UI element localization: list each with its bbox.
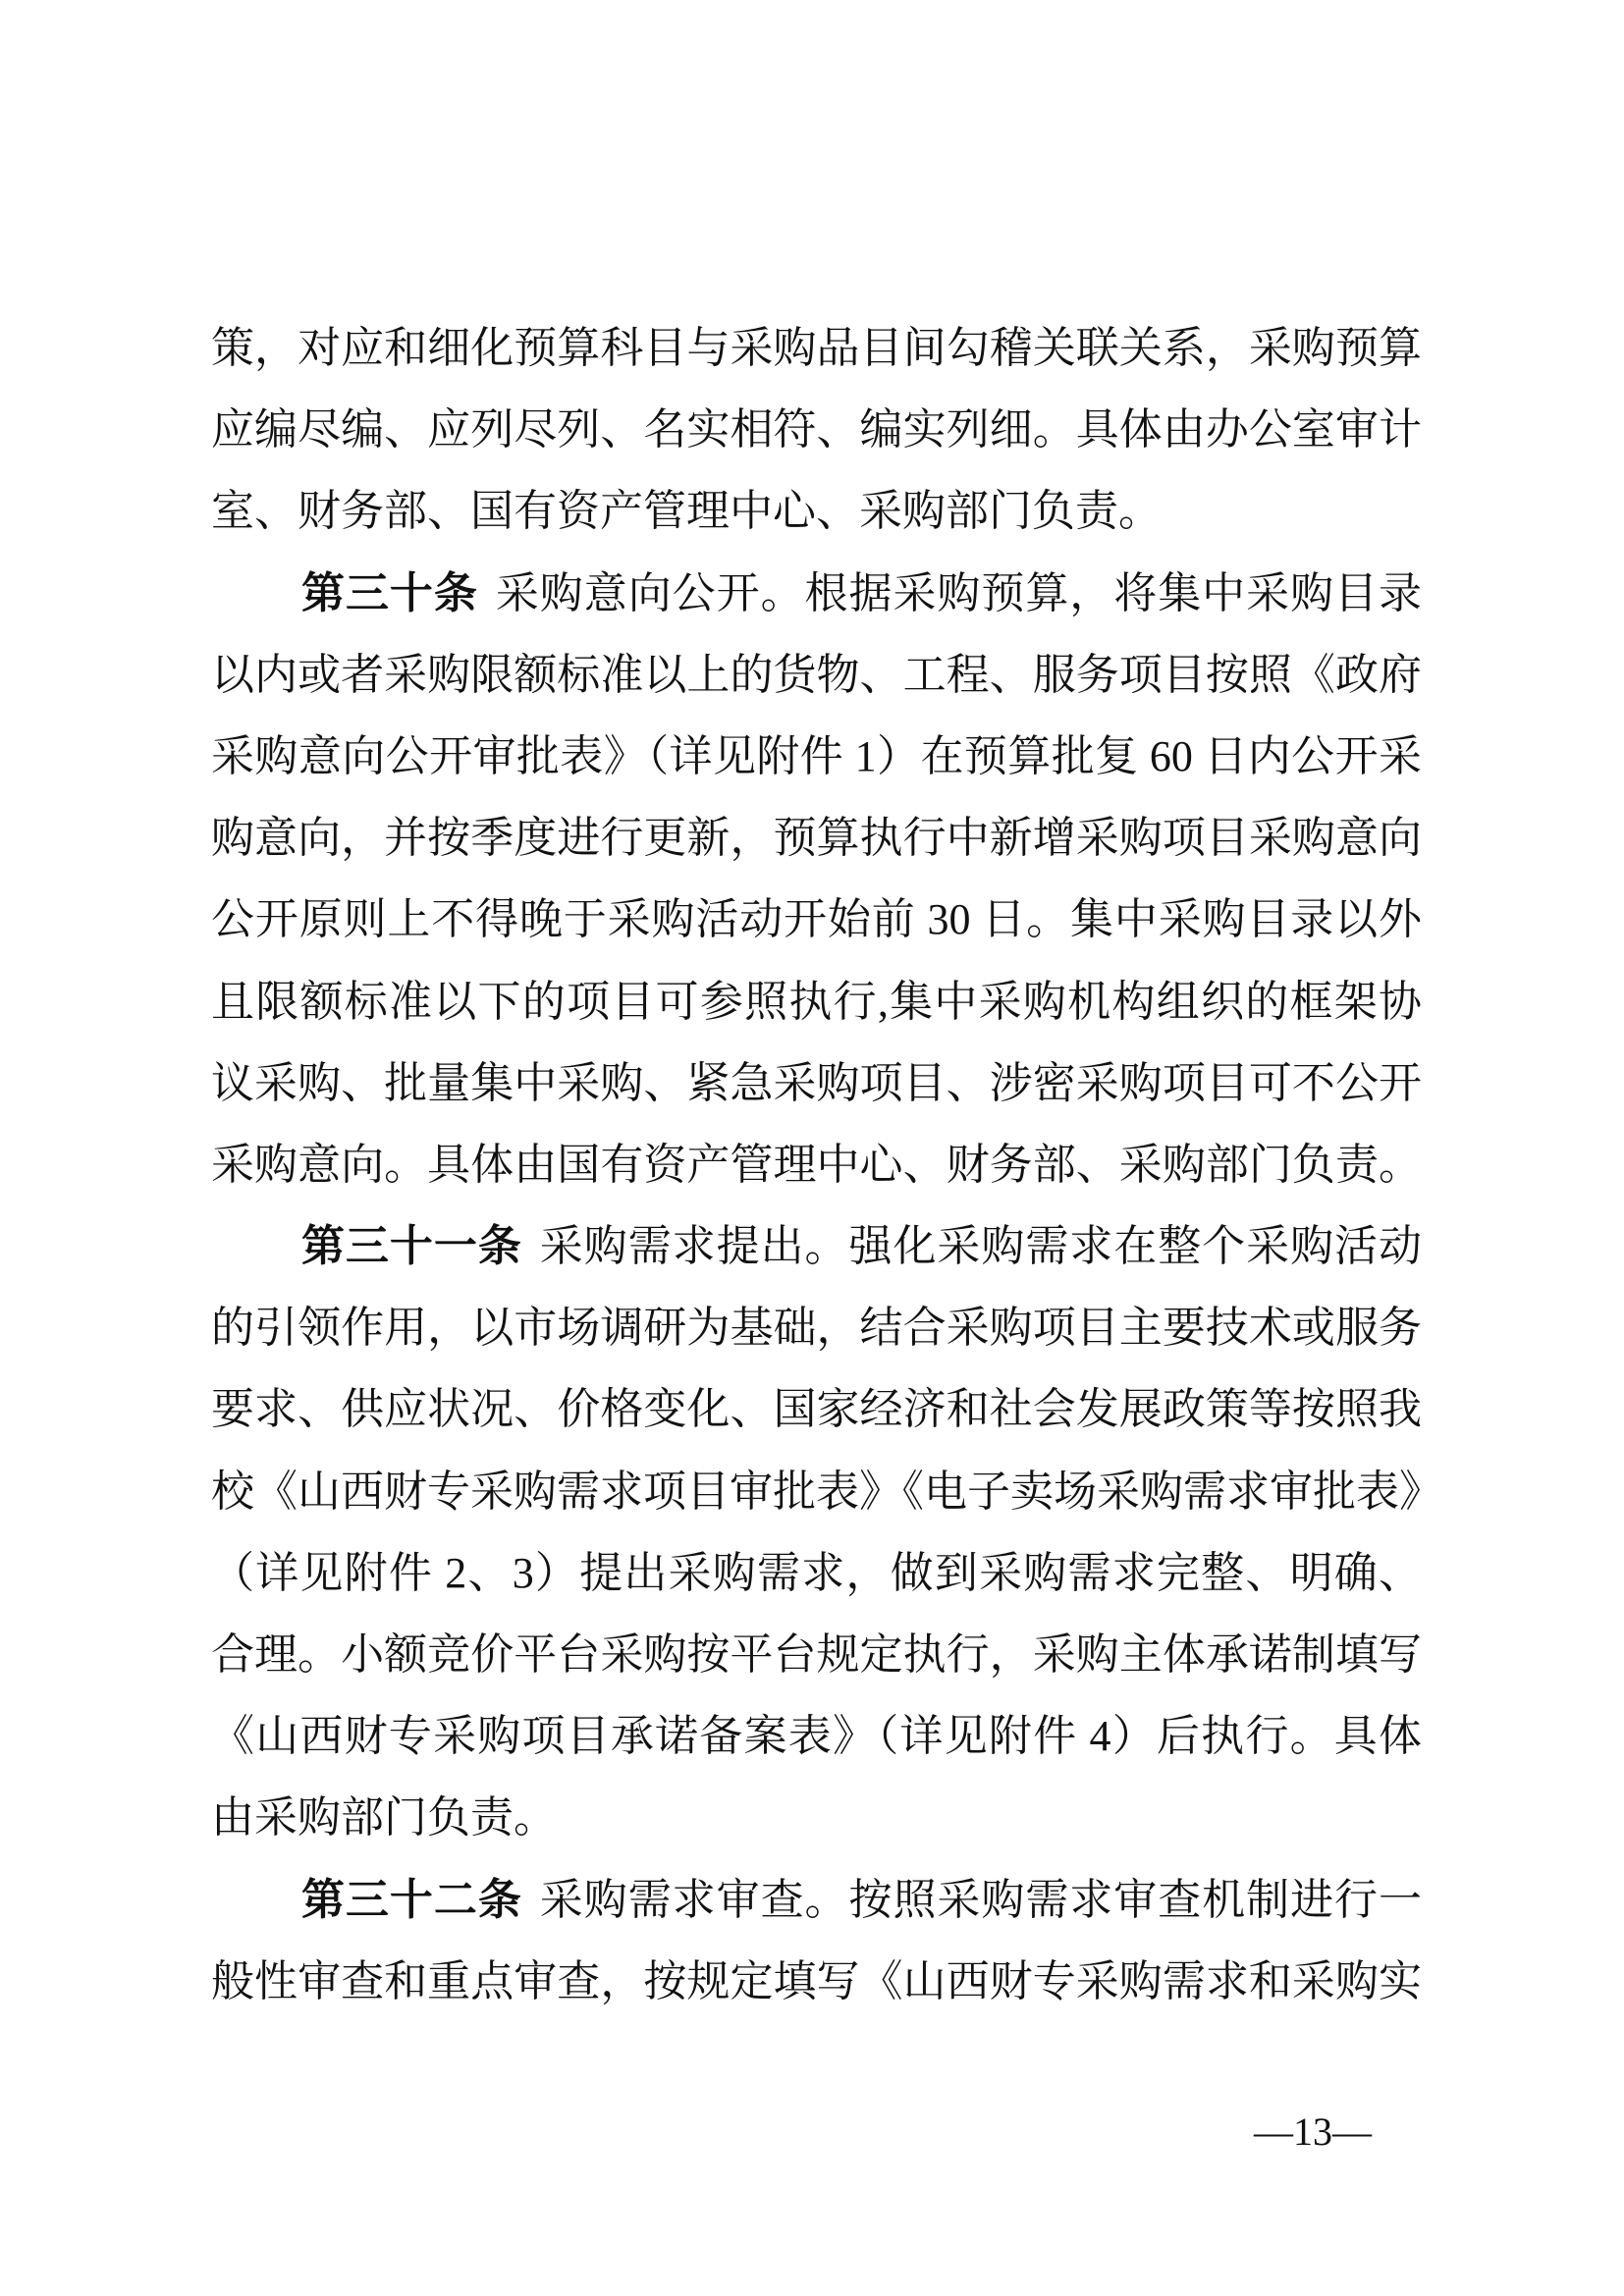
text-line: 的引领作用，以市场调研为基础，结合采购项目主要技术或服务	[211, 1287, 1422, 1368]
line-text: 《山西财专采购项目承诺备案表》（详见附件 4）后执行。具体	[211, 1712, 1422, 1760]
line-text: 策，对应和细化预算科目与采购品目间勾稽关联关系，采购预算	[211, 324, 1422, 372]
line-text: 应编尽编、应列尽列、名实相符、编实列细。具体由办公室审计	[211, 405, 1422, 454]
document-body: 策，对应和细化预算科目与采购品目间勾稽关联关系，采购预算应编尽编、应列尽列、名实…	[211, 307, 1422, 2022]
text-line: 且限额标准以下的项目可参照执行,集中采购机构组织的框架协	[211, 961, 1422, 1042]
page-number: —13—	[1254, 2110, 1372, 2154]
line-text: 且限额标准以下的项目可参照执行,集中采购机构组织的框架协	[211, 978, 1422, 1026]
text-line: 应编尽编、应列尽列、名实相符、编实列细。具体由办公室审计	[211, 389, 1422, 470]
text-line: 以内或者采购限额标准以上的货物、工程、服务项目按照《政府	[211, 634, 1422, 716]
document-page: 策，对应和细化预算科目与采购品目间勾稽关联关系，采购预算应编尽编、应列尽列、名实…	[0, 0, 1624, 2296]
line-text: 采购意向。具体由国有资产管理中心、财务部、采购部门负责。	[211, 1141, 1422, 1189]
text-line: 第三十二条采购需求审查。按照采购需求审查机制进行一	[211, 1859, 1422, 1941]
line-text: 以内或者采购限额标准以上的货物、工程、服务项目按照《政府	[211, 651, 1422, 699]
text-line: 第三十条采购意向公开。根据采购预算，将集中采购目录	[211, 553, 1422, 634]
text-line: 室、财务部、国有资产管理中心、采购部门负责。	[211, 470, 1422, 552]
text-line: 般性审查和重点审查，按规定填写《山西财专采购需求和采购实	[211, 1941, 1422, 2022]
line-text: 由采购部门负责。	[211, 1793, 557, 1842]
line-text: 般性审查和重点审查，按规定填写《山西财专采购需求和采购实	[211, 1957, 1422, 2005]
article-heading: 第三十二条	[301, 1876, 522, 1924]
text-line: 第三十一条采购需求提出。强化采购需求在整个采购活动	[211, 1205, 1422, 1287]
text-line: 策，对应和细化预算科目与采购品目间勾稽关联关系，采购预算	[211, 307, 1422, 389]
line-text: 采购意向公开。根据采购预算，将集中采购目录	[496, 569, 1422, 617]
text-line: 购意向，并按季度进行更新，预算执行中新增采购项目采购意向	[211, 797, 1422, 879]
text-line: 校《山西财专采购需求项目审批表》《电子卖场采购需求审批表》	[211, 1451, 1422, 1532]
line-text: 室、财务部、国有资产管理中心、采购部门负责。	[211, 487, 1162, 535]
text-line: 采购意向公开审批表》（详见附件 1）在预算批复 60 日内公开采	[211, 716, 1422, 797]
line-text: 采购意向公开审批表》（详见附件 1）在预算批复 60 日内公开采	[211, 732, 1422, 780]
line-text: 购意向，并按季度进行更新，预算执行中新增采购项目采购意向	[211, 814, 1422, 862]
text-line: 要求、供应状况、价格变化、国家经济和社会发展政策等按照我	[211, 1368, 1422, 1450]
text-line: 合理。小额竞价平台采购按平台规定执行，采购主体承诺制填写	[211, 1614, 1422, 1695]
text-line: 由采购部门负责。	[211, 1777, 1422, 1858]
line-text: 的引领作用，以市场调研为基础，结合采购项目主要技术或服务	[211, 1304, 1422, 1352]
line-text: 校《山西财专采购需求项目审批表》《电子卖场采购需求审批表》	[211, 1468, 1442, 1516]
article-heading: 第三十条	[301, 569, 478, 617]
line-text: 采购需求提出。强化采购需求在整个采购活动	[540, 1222, 1422, 1270]
text-line: 采购意向。具体由国有资产管理中心、财务部、采购部门负责。	[211, 1124, 1422, 1205]
article-heading: 第三十一条	[301, 1222, 522, 1270]
text-line: 公开原则上不得晚于采购活动开始前 30 日。集中采购目录以外	[211, 879, 1422, 960]
text-line: 《山西财专采购项目承诺备案表》（详见附件 4）后执行。具体	[211, 1695, 1422, 1777]
line-text: 议采购、批量集中采购、紧急采购项目、涉密采购项目可不公开	[211, 1059, 1422, 1107]
line-text: 要求、供应状况、价格变化、国家经济和社会发展政策等按照我	[211, 1385, 1422, 1433]
text-line: 议采购、批量集中采购、紧急采购项目、涉密采购项目可不公开	[211, 1042, 1422, 1124]
line-text: （详见附件 2、3）提出采购需求，做到采购需求完整、明确、	[211, 1549, 1422, 1597]
line-text: 公开原则上不得晚于采购活动开始前 30 日。集中采购目录以外	[211, 895, 1422, 943]
text-line: （详见附件 2、3）提出采购需求，做到采购需求完整、明确、	[211, 1532, 1422, 1614]
line-text: 采购需求审查。按照采购需求审查机制进行一	[540, 1876, 1422, 1924]
line-text: 合理。小额竞价平台采购按平台规定执行，采购主体承诺制填写	[211, 1630, 1422, 1679]
